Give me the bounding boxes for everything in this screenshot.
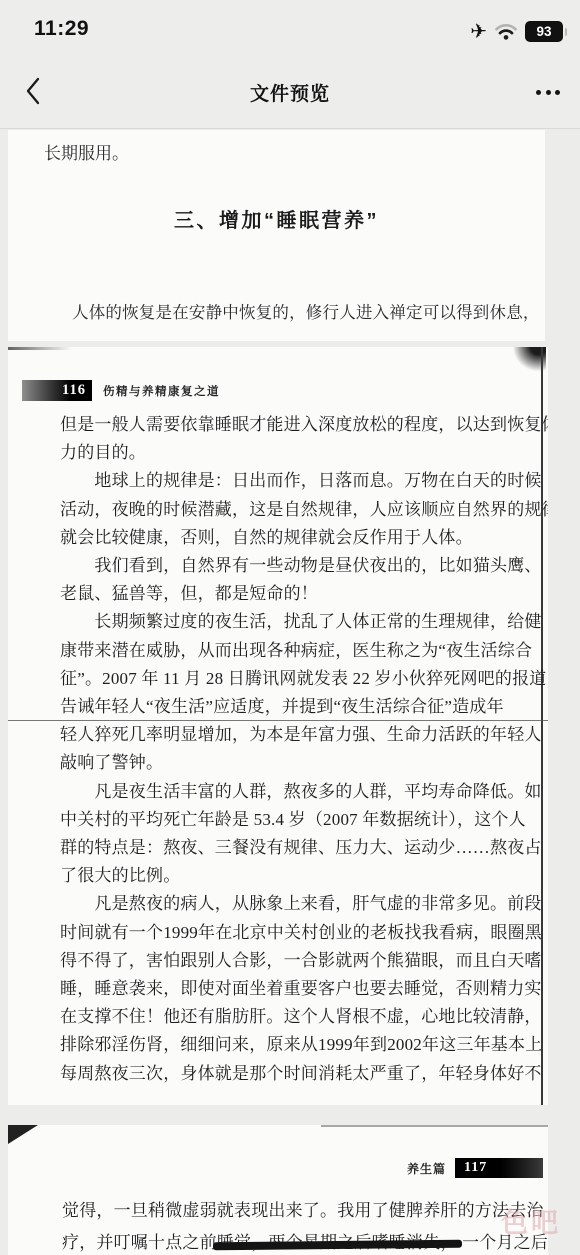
scan-text-line: 在支撑不住！他还有脂肪肝。这个人肾根不虚，心地比较清静， [60, 1003, 528, 1031]
more-button[interactable] [536, 80, 560, 104]
scan-text-line: 凡是熬夜的病人，从脉象上来看，肝气虚的非常多见。前段 [60, 890, 528, 918]
scan-text-line: 但是一般人需要依靠睡眠才能进入深度放松的程度，以达到恢复体 [60, 411, 528, 439]
scan-text-line: 我们看到，自然界有一些动物是昼伏夜出的，比如猫头鹰、 [60, 552, 528, 580]
scan-text-line: 敲响了警钟。 [60, 749, 528, 777]
scan-text-line: 时间就有一个1999年在北京中关村创业的老板找我看病，眼圈黑 [60, 919, 528, 947]
page-scan-116: 116 伤精与养精康复之道 但是一般人需要依靠睡眠才能进入深度放松的程度，以达到… [8, 347, 548, 1105]
scan-text-line: 得不得了，害怕跟别人合影，一合影就两个熊猫眼，而且白天嗜 [60, 947, 528, 975]
status-bar: 11:29 ✈ 93 [0, 0, 580, 54]
scan-text-line: 地球上的规律是：日出而作，日落而息。万物在白天的时候 [60, 467, 528, 495]
page-title: 文件预览 [0, 79, 580, 106]
scan-text-line: 轻人猝死几率明显增加，为本是年富力强、生命力活跃的年轻人 [60, 721, 528, 749]
airplane-mode-icon: ✈ [470, 22, 487, 42]
page-number-badge: 116 [22, 380, 92, 401]
running-head: 伤精与养精康复之道 [103, 383, 220, 399]
scan-artifact-top-smudge [8, 347, 72, 350]
section-heading: 三、增加“睡眠营养” [8, 204, 545, 233]
scan-text-line: 长期服用。 [44, 139, 129, 164]
page-scan-117: 养生篇 117 觉得，一旦稍微虚弱就表现出来了。我用了健脾养肝的方法去治 疗，并… [8, 1125, 548, 1255]
watermark: 色吧 [501, 1201, 561, 1240]
scan-artifact-top-edge [321, 1125, 548, 1127]
battery-indicator: 93 [525, 21, 567, 42]
battery-nub [565, 28, 568, 36]
status-time: 11:29 [34, 17, 89, 41]
scan-text-line: 凡是夜生活丰富的人群，熬夜多的人群，平均寿命降低。如 [60, 778, 528, 806]
scan-text-line: 了很大的比例。 [60, 862, 528, 890]
document-preview-area[interactable]: 长期服用。 三、增加“睡眠营养” 人体的恢复是在安静中恢复的，修行人进入禅定可以… [0, 129, 580, 1255]
scan-text-line: 告诫年轻人“夜生活”应适度，并提到“夜生活综合征”造成年 [60, 693, 528, 721]
wifi-icon [495, 23, 517, 40]
status-icons: ✈ 93 [470, 21, 567, 42]
scan-text-line: 每周熬夜三次，身体就是那个时间消耗太严重了，年轻身体好不 [60, 1060, 528, 1088]
scan-text-line: 疗，并叮嘱十点之前睡觉，两个星期之后嗜睡消失， 一个月之后 [62, 1228, 548, 1253]
text-before-redaction: 疗，并叮嘱十点之前 [62, 1233, 217, 1252]
scan-text-line: 康带来潜在威胁，从而出现各种病症，医生称之为“夜生活综合 [60, 637, 528, 665]
scan-text-line: 人体的恢复是在安静中恢复的，修行人进入禅定可以得到休息， [72, 299, 540, 323]
screenshot-seam-line [8, 720, 548, 721]
page-header: 养生篇 117 [407, 1158, 543, 1178]
nav-bar: 文件预览 [0, 54, 580, 129]
scan-text-line: 睡，睡意袭来，即使对面坐着重要客户也要去睡觉，否则精力实 [60, 975, 528, 1003]
scan-text-line: 群的特点是：熬夜、三餐没有规律、压力大、运动少……熬夜占 [60, 834, 528, 862]
redacted-text: 睡觉，两个星期之后嗜睡消失， [217, 1233, 458, 1252]
scan-text-line: 活动，夜晚的时候潜藏，这是自然规律，人应该顺应自然界的规律， [60, 496, 528, 524]
scan-text-line: 力的目的。 [60, 439, 528, 467]
more-dot-icon [546, 90, 551, 95]
battery-percent: 93 [525, 21, 563, 42]
scan-text-line: 觉得，一旦稍微虚弱就表现出来了。我用了健脾养肝的方法去治 [62, 1196, 544, 1221]
scan-text-line: 老鼠、猛兽等，但，都是短命的！ [60, 580, 528, 608]
page-number-badge: 117 [455, 1158, 543, 1178]
page-body-text: 但是一般人需要依靠睡眠才能进入深度放松的程度，以达到恢复体力的目的。 地球上的规… [60, 411, 528, 1088]
scan-text-line: 就会比较健康，否则，自然的规律就会反作用于人体。 [60, 524, 528, 552]
page-header: 116 伤精与养精康复之道 [22, 380, 220, 401]
scan-artifact-corner-smudge [8, 1125, 38, 1144]
scan-text-line: 长期频繁过度的夜生活，扰乱了人体正常的生理规律，给健 [60, 608, 528, 636]
section-label: 养生篇 [407, 1160, 446, 1177]
scan-text-line: 中关村的平均死亡年龄是 53.4 岁（2007 年数据统计），这个人 [60, 806, 528, 834]
more-dot-icon [555, 90, 560, 95]
more-dot-icon [536, 90, 541, 95]
page-fragment-previous: 长期服用。 三、增加“睡眠营养” 人体的恢复是在安静中恢复的，修行人进入禅定可以… [8, 130, 545, 341]
scan-text-line: 征”。2007 年 11 月 28 日腾讯网就发表 22 岁小伙猝死网吧的报道， [60, 665, 528, 693]
scan-text-line: 排除邪淫伤肾，细细问来，原来从1999年到2002年这三年基本上 [60, 1031, 528, 1059]
